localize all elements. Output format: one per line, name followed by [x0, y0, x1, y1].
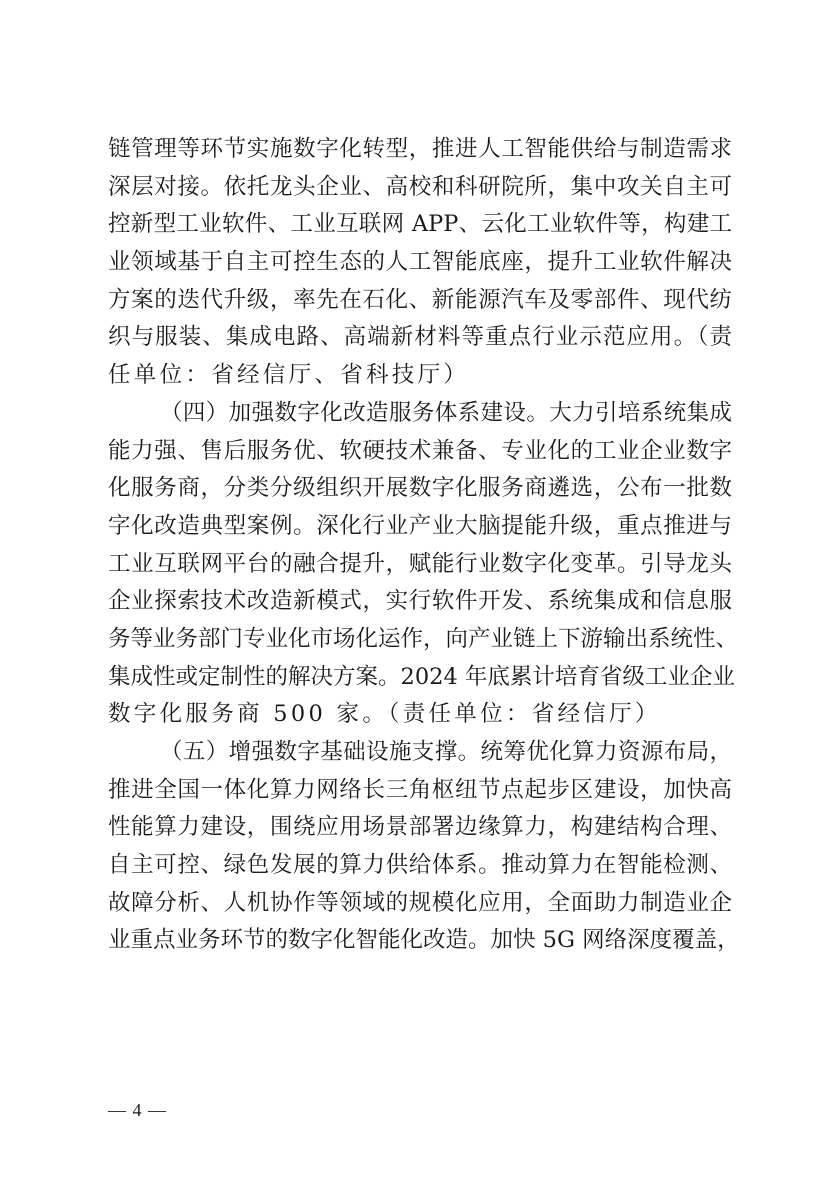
text-line: 集成性或定制性的解决方案。2024 年底累计培育省级工业企业	[108, 659, 732, 697]
text-line: 业重点业务环节的数字化智能化改造。加快 5G 网络深度覆盖，	[108, 922, 732, 960]
text-line: 控新型工业软件、工业互联网 APP、云化工业软件等，构建工	[108, 206, 732, 244]
text-line: 企业探索技术改造新模式，实行软件开发、系统集成和信息服	[108, 583, 732, 621]
page-number: — 4 —	[108, 1100, 167, 1121]
text-line: 数字化服务商 500 家。（责任单位：省经信厅）	[108, 696, 732, 734]
document-page: 链管理等环节实施数字化转型，推进人工智能供给与制造需求 深层对接。依托龙头企业、…	[0, 0, 840, 1192]
text-line: 性能算力建设，围绕应用场景部署边缘算力，构建结构合理、	[108, 809, 732, 847]
text-line: 故障分析、人机协作等领域的规模化应用，全面助力制造业企	[108, 885, 732, 923]
section-heading-line: （五）增强数字基础设施支撑。统筹优化算力资源布局，	[108, 734, 732, 772]
text-line: 自主可控、绿色发展的算力供给体系。推动算力在智能检测、	[108, 847, 732, 885]
text-line: 字化改造典型案例。深化行业产业大脑提能升级，重点推进与	[108, 508, 732, 546]
text-line: 化服务商，分类分级组织开展数字化服务商遴选，公布一批数	[108, 470, 732, 508]
text-line: 深层对接。依托龙头企业、高校和科研院所，集中攻关自主可	[108, 169, 732, 207]
text-line: 推进全国一体化算力网络长三角枢纽节点起步区建设，加快高	[108, 772, 732, 810]
text-line: 任单位：省经信厅、省科技厅）	[108, 357, 732, 395]
text-line: 能力强、售后服务优、软硬技术兼备、专业化的工业企业数字	[108, 433, 732, 471]
text-line: 织与服装、集成电路、高端新材料等重点行业示范应用。（责	[108, 319, 732, 357]
document-body: 链管理等环节实施数字化转型，推进人工智能供给与制造需求 深层对接。依托龙头企业、…	[108, 131, 732, 960]
text-line: 链管理等环节实施数字化转型，推进人工智能供给与制造需求	[108, 131, 732, 169]
text-line: 方案的迭代升级，率先在石化、新能源汽车及零部件、现代纺	[108, 282, 732, 320]
section-heading-line: （四）加强数字化改造服务体系建设。大力引培系统集成	[108, 395, 732, 433]
text-line: 务等业务部门专业化市场化运作，向产业链上下游输出系统性、	[108, 621, 732, 659]
text-line: 业领域基于自主可控生态的人工智能底座，提升工业软件解决	[108, 244, 732, 282]
text-line: 工业互联网平台的融合提升，赋能行业数字化变革。引导龙头	[108, 546, 732, 584]
